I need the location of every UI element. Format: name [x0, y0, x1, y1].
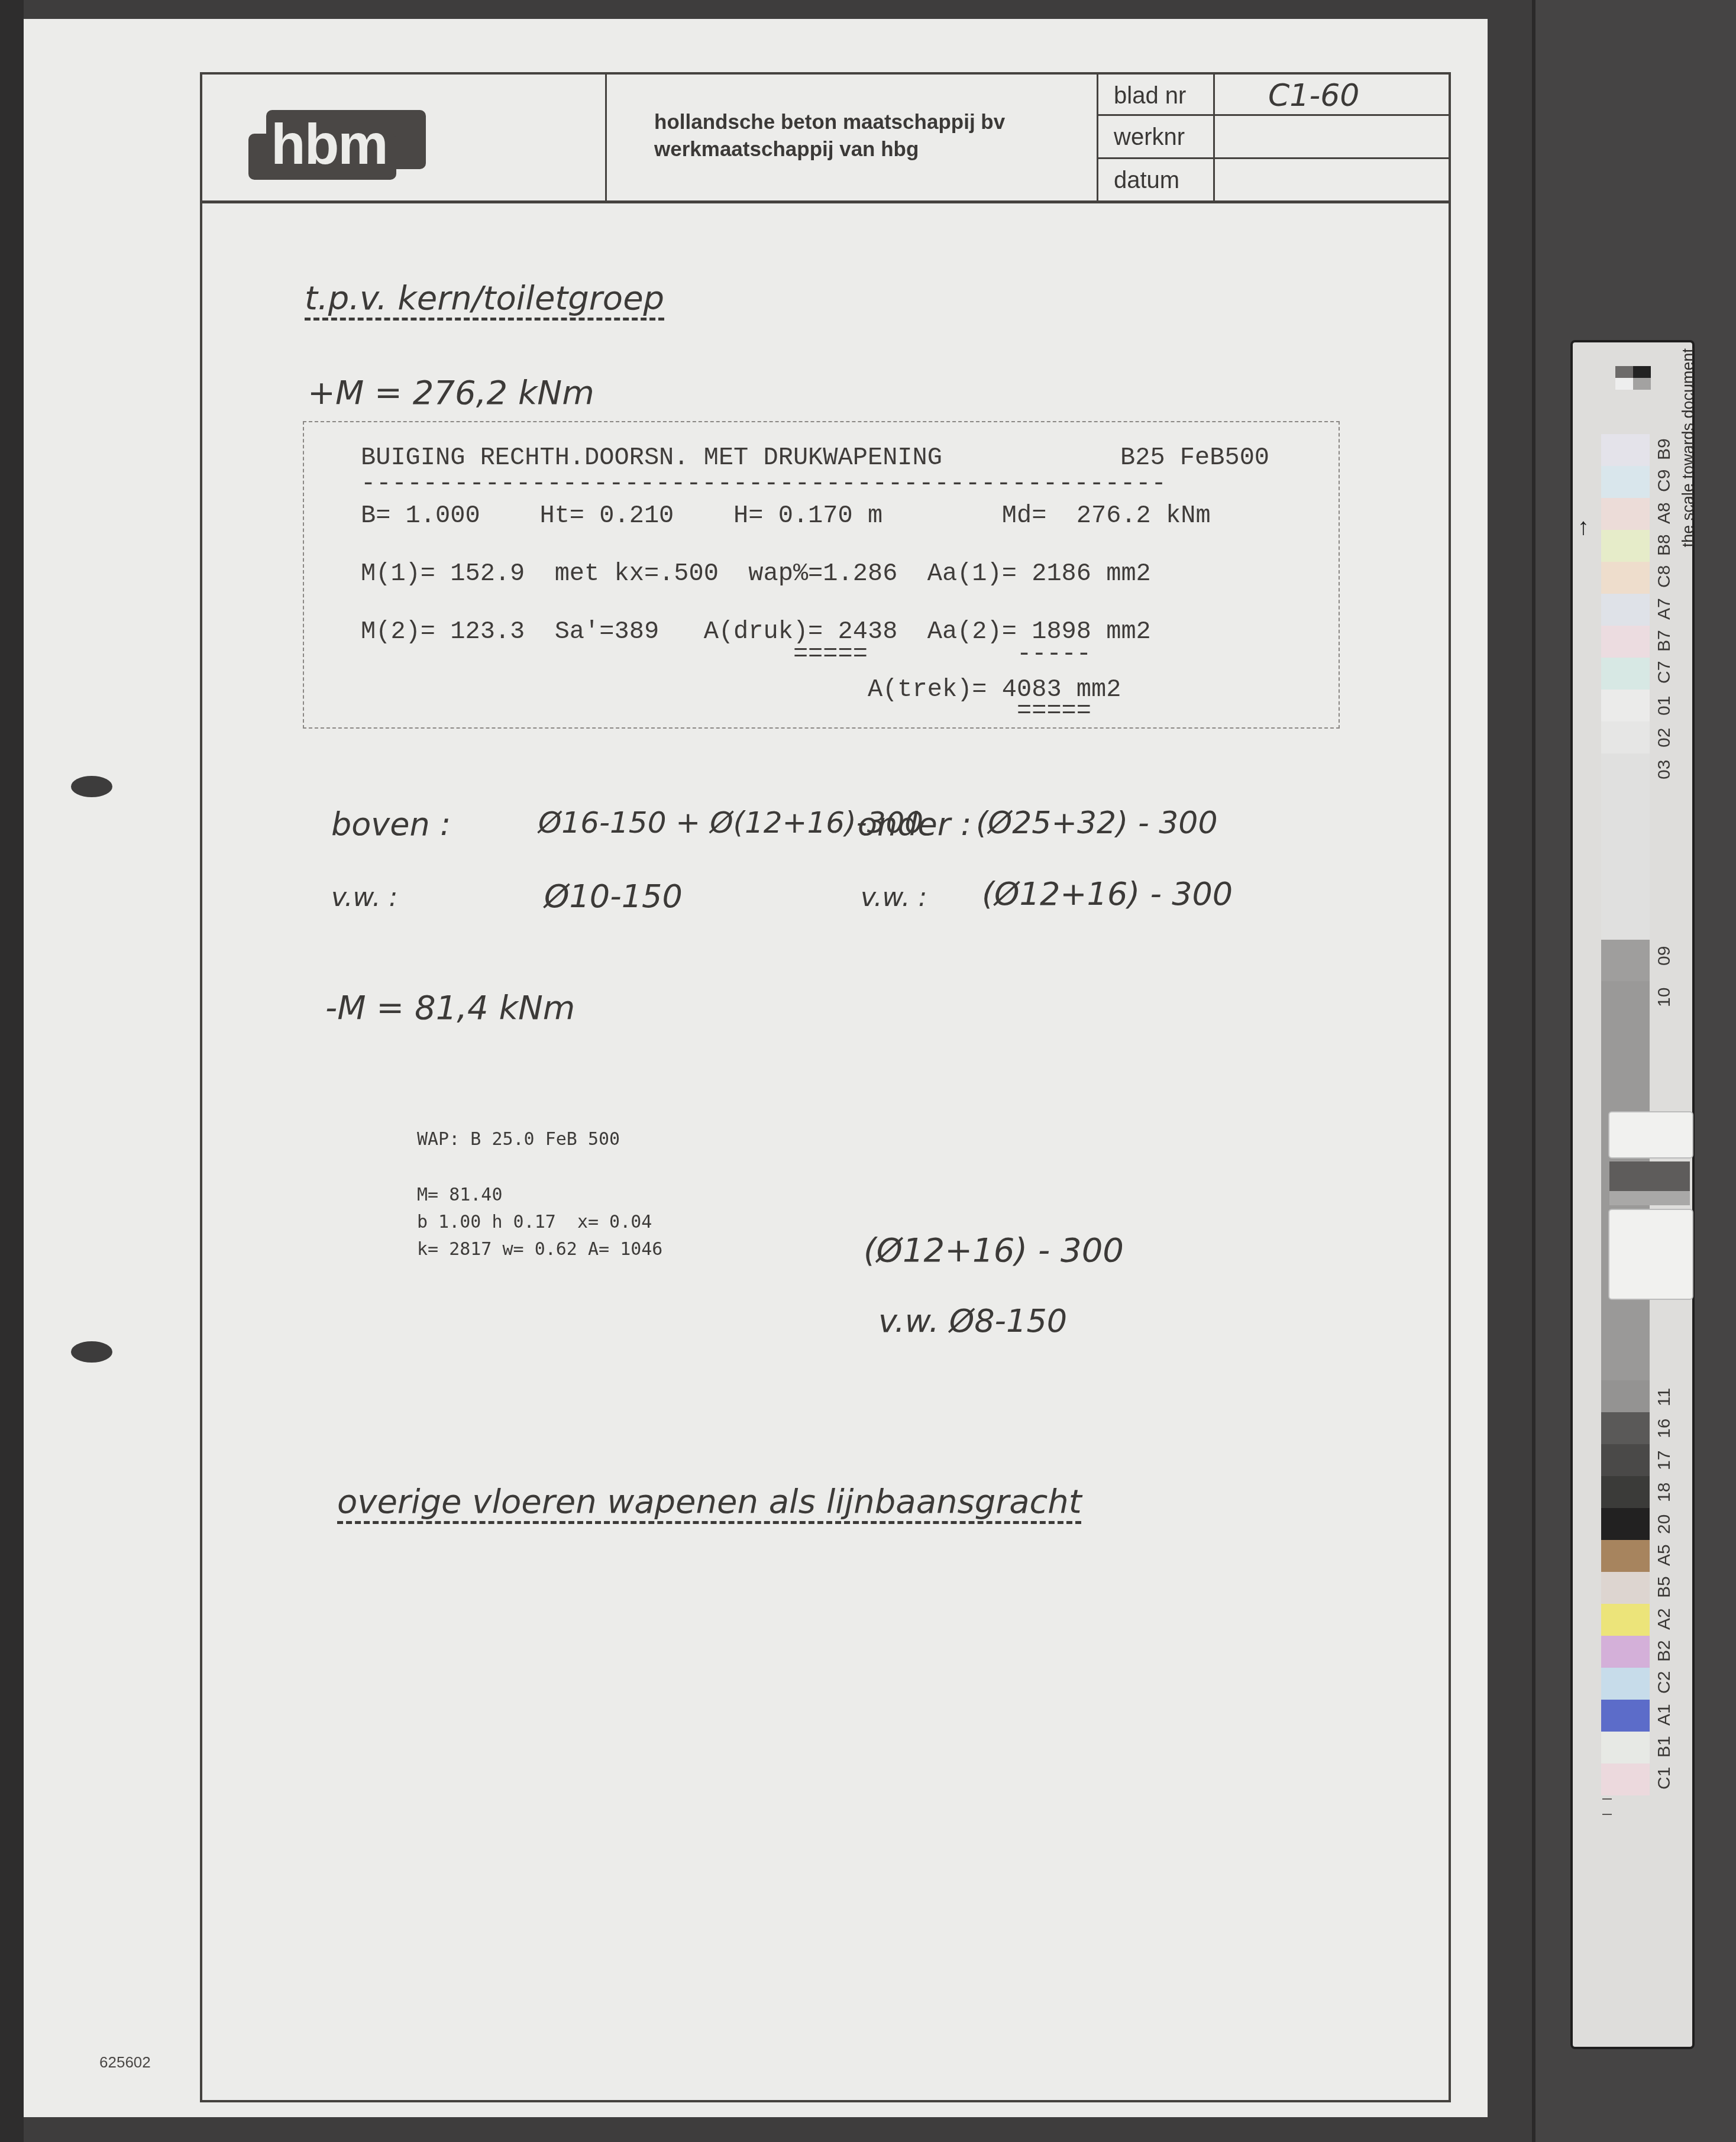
negative-distribution-reinforcement: v.w. Ø8-150 — [878, 1302, 1067, 1339]
color-patch-01 — [1601, 690, 1650, 721]
patch-label: A5 — [1654, 1544, 1674, 1566]
gray-reference-icon — [1615, 366, 1651, 390]
patch-label: B1 — [1654, 1736, 1674, 1758]
field-values: C1-60 — [1215, 75, 1449, 200]
patch-label: C8 — [1654, 565, 1674, 588]
wap-dimensions: b 1.00 h 0.17 x= 0.04 — [417, 1209, 652, 1236]
sheet-number: C1-60 — [1268, 78, 1359, 114]
negative-main-reinforcement: (Ø12+16) - 300 — [864, 1231, 1124, 1270]
color-patch-a7 — [1601, 594, 1650, 626]
patch-label: B9 — [1654, 438, 1674, 460]
patch-label: 18 — [1654, 1483, 1674, 1502]
top-label: boven : — [331, 805, 451, 843]
patch-label: B8 — [1654, 534, 1674, 556]
patch-label: 01 — [1654, 696, 1674, 716]
color-patch-c8 — [1601, 562, 1650, 594]
printout-underline: ===== — [361, 697, 1091, 725]
color-patch-c7 — [1601, 658, 1650, 690]
patch-label: 11 — [1654, 1388, 1674, 1406]
patch-label: B2 — [1654, 1640, 1674, 1662]
patch-label: A1 — [1654, 1704, 1674, 1726]
patch-label: 16 — [1654, 1419, 1674, 1438]
wap-header: WAP: B 25.0 FeB 500 — [417, 1126, 620, 1153]
patch-label: A7 — [1654, 598, 1674, 620]
patch-label: 17 — [1654, 1451, 1674, 1470]
title-block: hbm hollandsche beton maatschappij bv we… — [202, 75, 1449, 203]
patch-label: A2 — [1654, 1608, 1674, 1630]
color-patch-16 — [1601, 1412, 1650, 1444]
calculation-printout: BUIGING RECHTH.DOORSN. MET DRUKWAPENINGB… — [303, 421, 1340, 729]
color-patch-b1 — [1601, 1732, 1650, 1764]
resolution-target — [1608, 1111, 1693, 1159]
wap-moment: M= 81.40 — [417, 1182, 503, 1209]
punch-hole-icon — [71, 1341, 112, 1363]
distribution-reinforcement-bottom: (Ø12+16) - 300 — [982, 875, 1233, 913]
color-patch-a5 — [1601, 1540, 1650, 1572]
section-heading: t.p.v. kern/toiletgroep — [305, 279, 664, 318]
color-patch-a1 — [1601, 1700, 1650, 1732]
patch-label: C7 — [1654, 661, 1674, 684]
patch-label: 20 — [1654, 1515, 1674, 1534]
patch-label: C2 — [1654, 1671, 1674, 1694]
positive-moment: +M = 276,2 kNm — [308, 374, 594, 412]
color-calibration-strip: the scale towards document ↑ B9C9A8B8C8A… — [1570, 340, 1695, 2049]
punch-hole-icon — [71, 776, 112, 797]
color-patch-c2 — [1601, 1668, 1650, 1700]
field-label-werknr: werknr — [1098, 116, 1213, 151]
color-patch-c1 — [1601, 1764, 1650, 1795]
patch-label: B5 — [1654, 1576, 1674, 1598]
color-patch-20 — [1601, 1508, 1650, 1540]
patch-label: 02 — [1654, 728, 1674, 748]
hbm-logo: hbm — [248, 110, 444, 180]
color-patch-02 — [1601, 721, 1650, 753]
patch-label: C1 — [1654, 1767, 1674, 1790]
color-patch-18 — [1601, 1476, 1650, 1508]
printout-grade: B25 FeB500 — [1120, 444, 1269, 472]
distribution-reinforcement-top: Ø10-150 — [544, 878, 683, 915]
patch-label: 03 — [1654, 760, 1674, 779]
bottom-label: onder : — [858, 805, 971, 843]
wap-result: k= 2817 w= 0.62 A= 1046 — [417, 1236, 662, 1263]
color-patch-11 — [1601, 1380, 1650, 1412]
patch-label: 09 — [1654, 946, 1674, 966]
logo-cell: hbm — [202, 75, 607, 200]
printout-title: BUIGING RECHTH.DOORSN. MET DRUKWAPENINGB… — [361, 444, 942, 472]
printout-underline: ===== ----- — [361, 640, 1091, 668]
logo-text: hbm — [271, 110, 387, 180]
patch-label: B7 — [1654, 630, 1674, 652]
printout-row-m1: M(1)= 152.9 met kx=.500 wap%=1.286 Aa(1)… — [361, 559, 1151, 588]
color-patch-b5 — [1601, 1572, 1650, 1604]
company-name: hollandsche beton maatschappij bv — [654, 109, 1005, 136]
color-patch-09 — [1601, 940, 1650, 981]
strip-caption: the scale towards document — [1679, 348, 1698, 547]
color-patch-a2 — [1601, 1604, 1650, 1636]
company-cell: hollandsche beton maatschappij bv werkma… — [607, 75, 1098, 200]
printout-separator: ----------------------------------------… — [361, 470, 1167, 498]
field-label-datum: datum — [1098, 159, 1213, 194]
color-patch-b9 — [1601, 434, 1650, 466]
field-labels: blad nr werknr datum — [1098, 75, 1215, 200]
color-patch-b7 — [1601, 626, 1650, 658]
resolution-target — [1608, 1209, 1693, 1300]
arrow-up-icon: ↑ — [1577, 514, 1589, 541]
color-patch-03 — [1601, 753, 1650, 940]
footer-note: overige vloeren wapenen als lijnbaansgra… — [337, 1483, 1082, 1521]
color-patch-b2 — [1601, 1636, 1650, 1668]
negative-moment: -M = 81,4 kNm — [325, 989, 575, 1027]
gray-bar-target — [1609, 1161, 1690, 1205]
distribution-label-bottom: v.w. : — [861, 882, 927, 913]
printout-row-dimensions: B= 1.000 Ht= 0.210 H= 0.170 m Md= 276.2 … — [361, 501, 1211, 530]
bottom-reinforcement: (Ø25+32) - 300 — [976, 805, 1217, 841]
distribution-label-top: v.w. : — [331, 882, 397, 913]
document-page: hbm hollandsche beton maatschappij bv we… — [24, 19, 1488, 2117]
company-subtitle: werkmaatschappij van hbg — [654, 136, 1005, 163]
folder-edge — [0, 0, 24, 2142]
patch-label: 10 — [1654, 988, 1674, 1007]
field-label-blad-nr: blad nr — [1098, 75, 1213, 109]
color-patch-c9 — [1601, 466, 1650, 498]
form-serial-number: 625602 — [99, 2053, 151, 2072]
color-patch-17 — [1601, 1444, 1650, 1476]
patch-label: A8 — [1654, 502, 1674, 524]
color-patch-b8 — [1601, 530, 1650, 562]
color-patch-a8 — [1601, 498, 1650, 530]
patch-label: C9 — [1654, 470, 1674, 492]
